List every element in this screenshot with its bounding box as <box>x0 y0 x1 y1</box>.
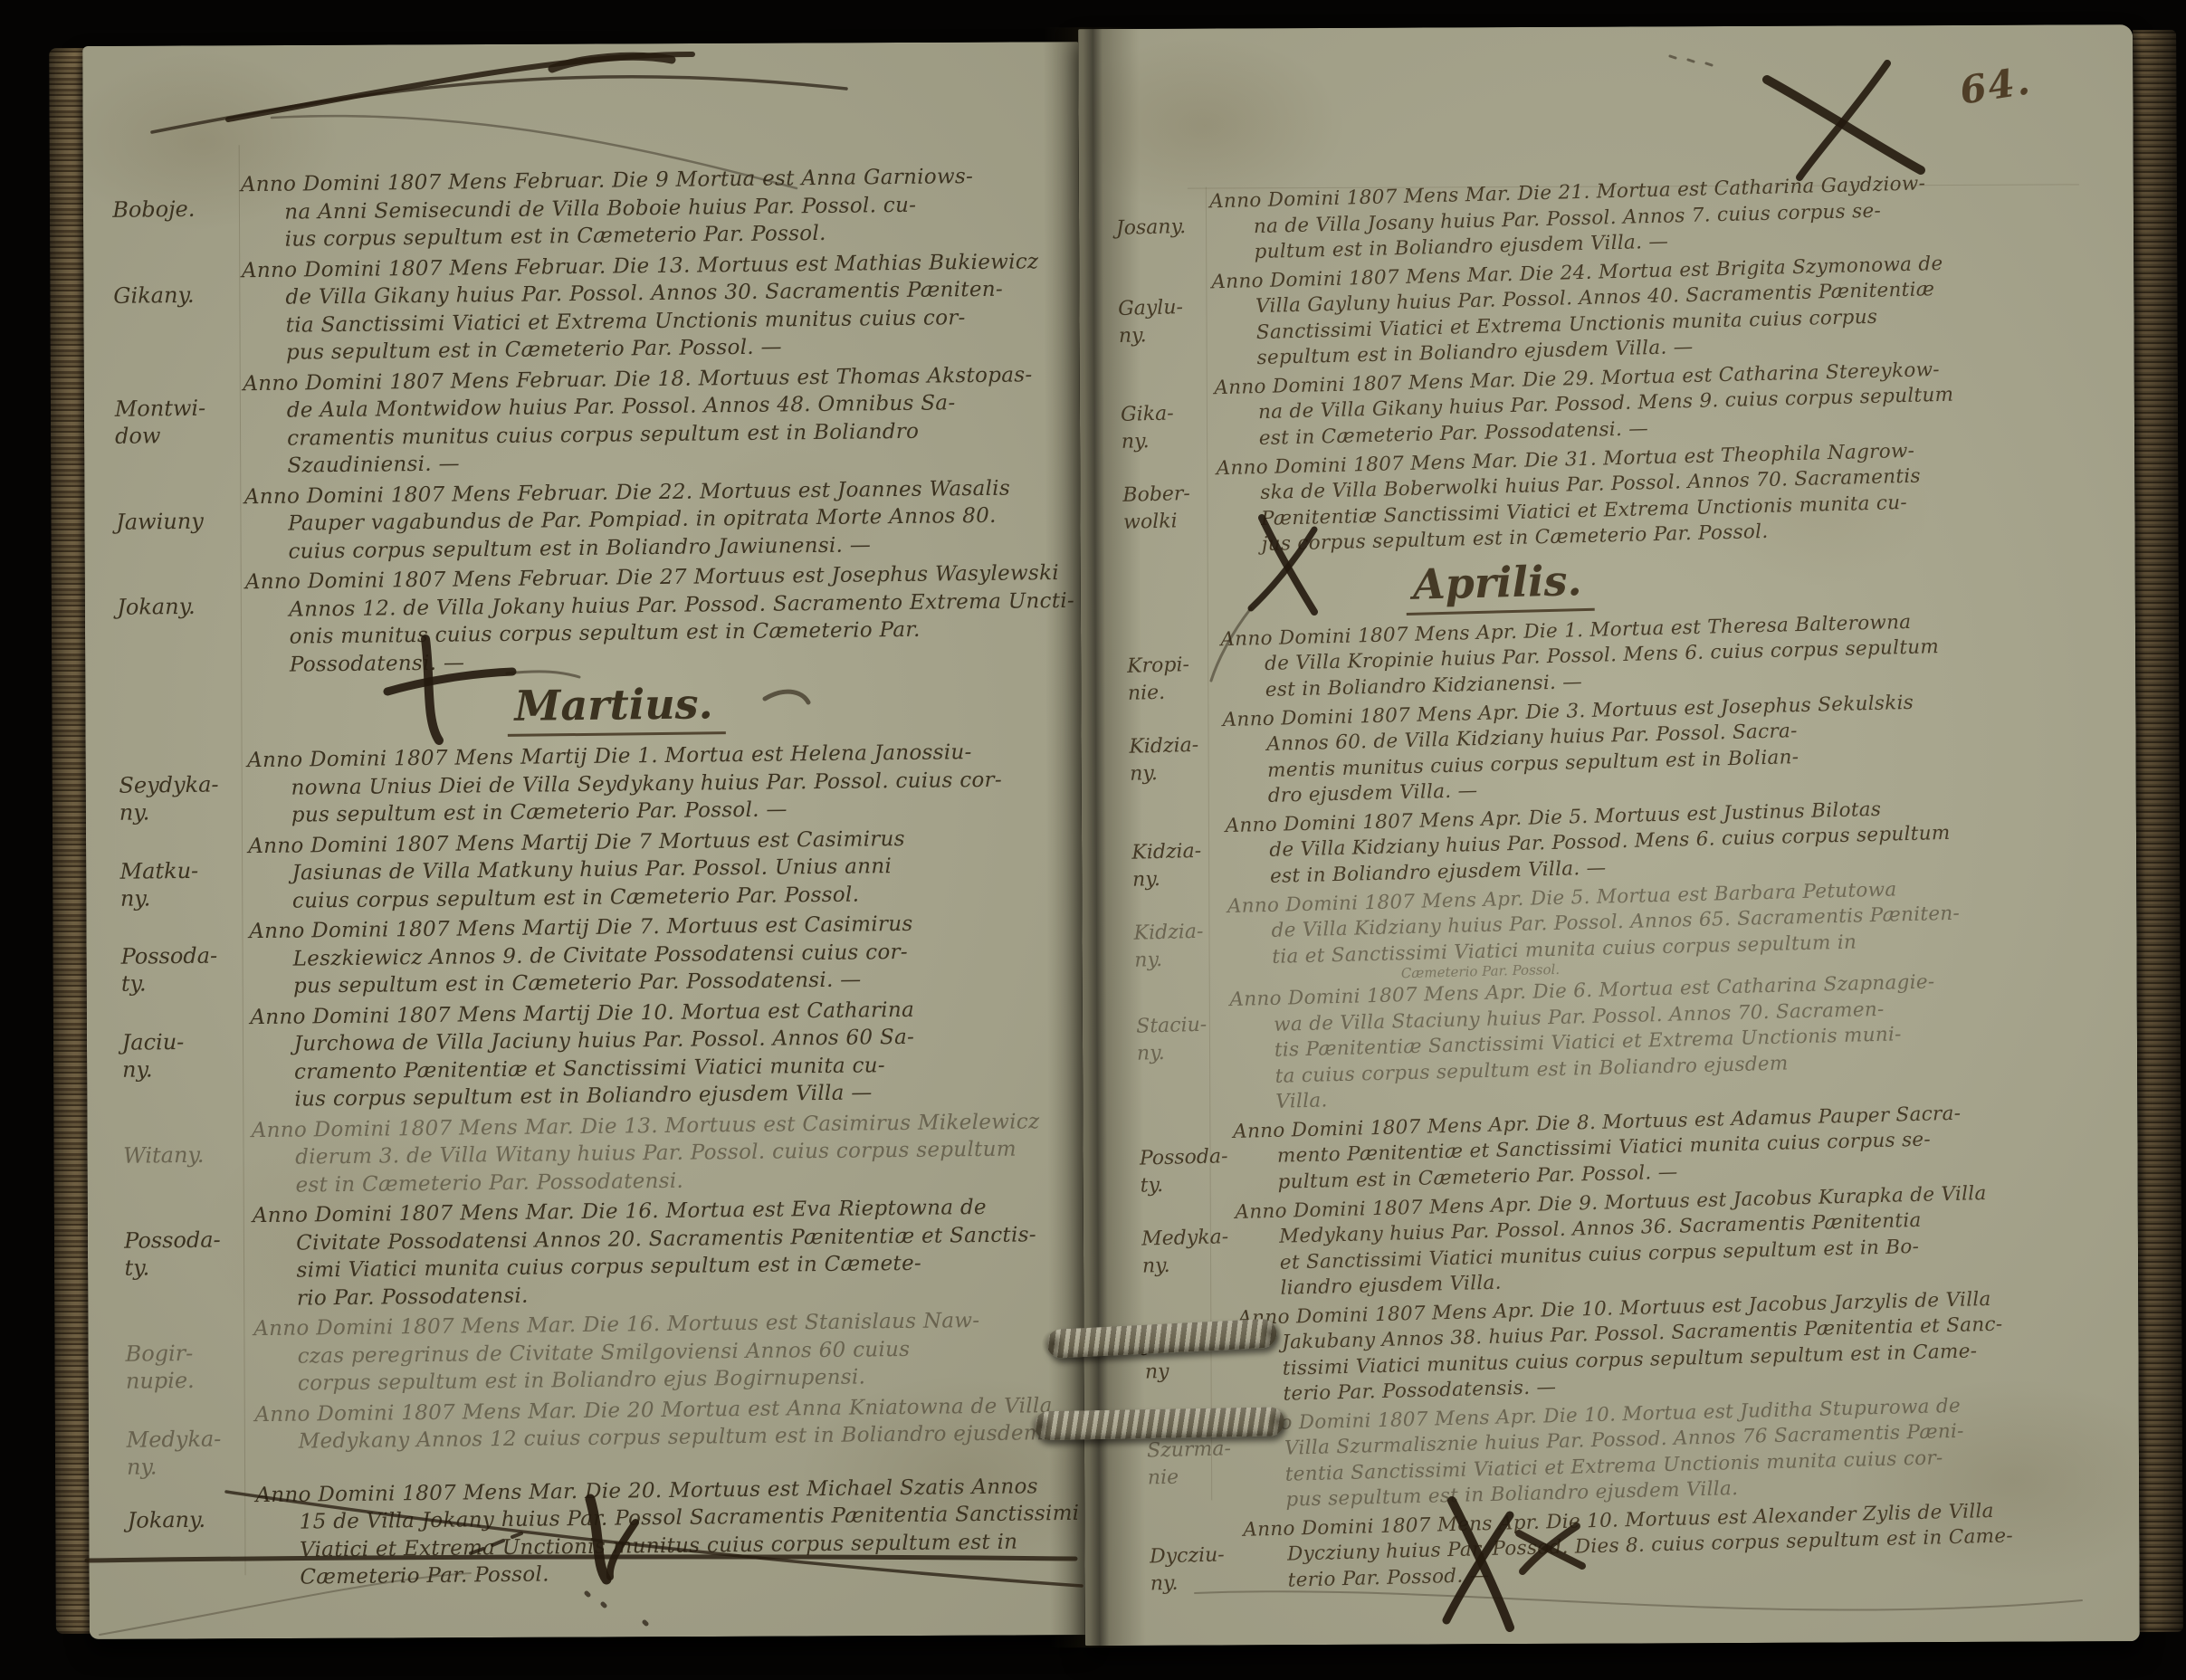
entry-text: Anno Domini 1807 Mens Mar. Die 13. Mortu… <box>252 1107 1078 1199</box>
entry-text: Anno Domini 1807 Mens Mar. Die 24. Mortu… <box>1211 246 2127 372</box>
margin-place-label: Kidzia-ny. <box>1128 708 1225 814</box>
entry-text: Anno Domini 1807 Mens Februar. Die 27 Mo… <box>245 559 1072 679</box>
margin-place-label: Kidzia-ny. <box>1131 814 1227 894</box>
register-entry: Witany.Anno Domini 1807 Mens Mar. Die 13… <box>123 1107 1078 1200</box>
margin-place-label: Medyka-ny. <box>1141 1200 1237 1306</box>
entry-text: Anno Domini 1807 Mens Apr. Die 10. Mortu… <box>1240 1389 2140 1514</box>
page-left: Boboje.Anno Domini 1807 Mens Februar. Di… <box>82 42 1085 1639</box>
register-entry: Gikany.Anno Domini 1807 Mens Februar. Di… <box>113 247 1068 368</box>
margin-place-label: Gaylu-ny. <box>1117 270 1214 376</box>
register-entry: Medyka-ny.Anno Domini 1807 Mens Mar. Die… <box>126 1391 1081 1480</box>
register-entry: Jokany.Anno Domini 1807 Mens Februar. Di… <box>117 559 1072 681</box>
entry-text: Anno Domini 1807 Mens Mar. Die 16. Mortu… <box>253 1193 1079 1312</box>
margin-place-label: Gika-ny. <box>1120 376 1216 456</box>
register-entry: Possoda-ty.Anno Domini 1807 Mens Mar. Di… <box>124 1193 1079 1314</box>
entry-text: Anno Domini 1807 Mens Februar. Die 22. M… <box>244 473 1071 566</box>
page-left-text: Boboje.Anno Domini 1807 Mens Februar. Di… <box>112 162 1083 1596</box>
entry-text: Anno Domini 1807 Mens Februar. Die 9 Mor… <box>241 162 1067 254</box>
margin-place-label: Kidzia-ny. <box>1133 894 1230 988</box>
margin-place-label: Gikany. <box>113 257 243 369</box>
margin-place-label: Bober-wolki <box>1122 456 1218 562</box>
register-entry: Staciu-ny.Anno Domini 1807 Mens Apr. Die… <box>1135 965 2140 1120</box>
margin-place-label: Matku-ny. <box>119 833 249 917</box>
margin-place-label: Possoda-ty. <box>124 1202 253 1314</box>
entry-text: Anno Domini 1807 Mens Martij Die 1. Mort… <box>247 738 1074 830</box>
margin-place-label: Jokany. <box>117 568 246 681</box>
margin-place-label: Boboje. <box>112 171 242 255</box>
month-header: Martius. <box>507 673 1073 737</box>
register-entry: Bober-wolkiAnno Domini 1807 Mens Mar. Di… <box>1122 433 2132 561</box>
register-entry: Bogir-nupie.Anno Domini 1807 Mens Mar. D… <box>125 1306 1080 1399</box>
margin-place-label: Seydyka-ny. <box>119 747 248 831</box>
register-entry: Possoda-ty.Anno Domini 1807 Mens Martij … <box>120 909 1075 1002</box>
scan-background: Boboje.Anno Domini 1807 Mens Februar. Di… <box>0 0 2186 1680</box>
register-entry: Seydyka-ny.Anno Domini 1807 Mens Martij … <box>119 738 1074 831</box>
entry-text: Anno Domini 1807 Mens Apr. Die 3. Mortuu… <box>1222 684 2138 810</box>
entry-text: Anno Domini 1807 Mens Mar. Die 20. Mortu… <box>255 1472 1082 1591</box>
entry-text: Anno Domini 1807 Mens Mar. Die 31. Mortu… <box>1216 433 2132 558</box>
margin-place-label: Bogir-nupie. <box>125 1315 254 1399</box>
entry-text: Anno Domini 1807 Mens Mar. Die 16. Mortu… <box>253 1306 1080 1398</box>
book-spread: Boboje.Anno Domini 1807 Mens Februar. Di… <box>49 23 2183 1652</box>
entry-text: Anno Domini 1807 Mens Martij Die 7 Mortu… <box>248 823 1074 915</box>
entry-text: Anno Domini 1807 Mens Martij Die 10. Mor… <box>250 994 1076 1113</box>
register-entry: Montwi-dowAnno Domini 1807 Mens Februar.… <box>114 360 1069 482</box>
page-right-text: Josany.Anno Domini 1807 Mens Mar. Die 21… <box>1115 167 2140 1600</box>
margin-place-label: Possoda-ty. <box>120 918 250 1002</box>
margin-place-label: Kropi-nie. <box>1126 627 1222 708</box>
margin-place-label: Witany. <box>123 1117 253 1201</box>
register-entry: JawiunyAnno Domini 1807 Mens Februar. Di… <box>116 473 1071 567</box>
margin-place-label: Jaciu-ny. <box>121 1004 251 1116</box>
margin-place-label: Jawiuny <box>116 483 245 568</box>
margin-place-label: Medyka-ny. <box>126 1401 255 1481</box>
margin-place-label: Dycziu-ny. <box>1149 1517 1245 1598</box>
page-right: Josany.Anno Domini 1807 Mens Mar. Die 21… <box>1078 24 2140 1646</box>
entry-text: Anno Domini 1807 Mens Februar. Die 18. M… <box>243 360 1069 480</box>
margin-place-label: Possoda-ty. <box>1139 1120 1235 1200</box>
binding-cord-lower <box>1035 1407 1285 1440</box>
entry-text: Anno Domini 1807 Mens Apr. Die 6. Mortua… <box>1229 965 2140 1117</box>
register-entry: Boboje.Anno Domini 1807 Mens Februar. Di… <box>112 162 1067 255</box>
register-entry: Matku-ny.Anno Domini 1807 Mens Martij Di… <box>119 823 1074 916</box>
entry-text: Anno Domini 1807 Mens Februar. Die 13. M… <box>242 247 1068 367</box>
entry-text: Anno Domini 1807 Mens Martij Die 7. Mort… <box>249 909 1075 1001</box>
book-page-edges-right <box>2133 30 2183 1632</box>
margin-place-label: Josany. <box>1115 189 1211 269</box>
register-entry: Jaciu-ny.Anno Domini 1807 Mens Martij Di… <box>121 994 1076 1115</box>
margin-place-label: Jokany. <box>127 1482 256 1594</box>
margin-place-label: Montwi-dow <box>114 370 243 482</box>
entry-text: Anno Domini 1807 Mens Apr. Die 10. Mortu… <box>1237 1283 2140 1408</box>
margin-place-label: Staciu-ny. <box>1135 988 1233 1119</box>
entry-text: Anno Domini 1807 Mens Apr. Die 9. Mortuu… <box>1235 1177 2140 1303</box>
entry-text: Anno Domini 1807 Mens Mar. Die 20 Mortua… <box>254 1391 1081 1478</box>
register-entry: Jokany.Anno Domini 1807 Mens Mar. Die 20… <box>127 1472 1082 1593</box>
